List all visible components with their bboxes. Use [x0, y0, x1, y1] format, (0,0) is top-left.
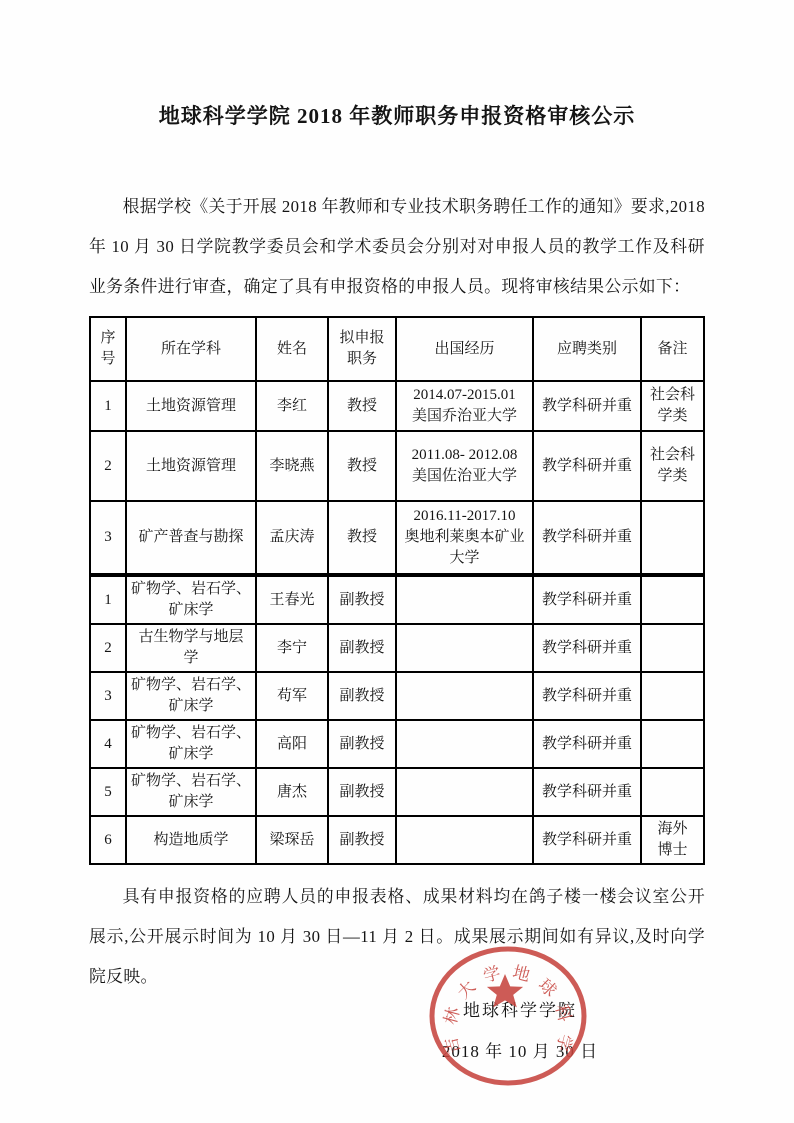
- cell-name: 唐杰: [256, 768, 328, 816]
- cell-no: 1: [90, 381, 126, 431]
- cell-name: 高阳: [256, 720, 328, 768]
- cell-abroad: 2011.08- 2012.08 美国佐治亚大学: [396, 431, 533, 501]
- cell-note: [641, 672, 704, 720]
- cell-category: 教学科研并重: [533, 575, 641, 624]
- cell-abroad: 2014.07-2015.01 美国乔治亚大学: [396, 381, 533, 431]
- cell-position: 教授: [328, 431, 396, 501]
- cell-note: 社会科 学类: [641, 431, 704, 501]
- table-row: 3 矿物学、岩石学、 矿床学 苟军 副教授 教学科研并重: [90, 672, 704, 720]
- table-header-row: 序 号 所在学科 姓名 拟申报 职务 出国经历 应聘类别 备注: [90, 317, 704, 381]
- cell-abroad: [396, 816, 533, 864]
- header-name: 姓名: [256, 317, 328, 381]
- cell-note: [641, 575, 704, 624]
- cell-position: 副教授: [328, 624, 396, 672]
- cell-abroad: [396, 768, 533, 816]
- cell-category: 教学科研并重: [533, 501, 641, 575]
- header-position: 拟申报 职务: [328, 317, 396, 381]
- cell-abroad: [396, 672, 533, 720]
- cell-abroad: [396, 720, 533, 768]
- cell-category: 教学科研并重: [533, 768, 641, 816]
- table-row: 1 土地资源管理 李红 教授 2014.07-2015.01 美国乔治亚大学 教…: [90, 381, 704, 431]
- cell-discipline: 古生物学与地层 学: [126, 624, 256, 672]
- cell-note: [641, 624, 704, 672]
- cell-abroad: [396, 575, 533, 624]
- cell-no: 6: [90, 816, 126, 864]
- cell-no: 5: [90, 768, 126, 816]
- table-row: 2 土地资源管理 李晓燕 教授 2011.08- 2012.08 美国佐治亚大学…: [90, 431, 704, 501]
- cell-note: [641, 720, 704, 768]
- cell-note: [641, 768, 704, 816]
- cell-position: 副教授: [328, 720, 396, 768]
- cell-category: 教学科研并重: [533, 672, 641, 720]
- cell-position: 教授: [328, 501, 396, 575]
- cell-name: 苟军: [256, 672, 328, 720]
- cell-no: 2: [90, 431, 126, 501]
- signature-date: 2018 年 10 月 30 日: [400, 1041, 640, 1063]
- table-row: 5 矿物学、岩石学、 矿床学 唐杰 副教授 教学科研并重: [90, 768, 704, 816]
- cell-discipline: 矿物学、岩石学、 矿床学: [126, 720, 256, 768]
- cell-no: 3: [90, 672, 126, 720]
- cell-abroad: [396, 624, 533, 672]
- header-category: 应聘类别: [533, 317, 641, 381]
- cell-note: [641, 501, 704, 575]
- page-title: 地球科学学院 2018 年教师职务申报资格审核公示: [0, 0, 794, 131]
- cell-discipline: 土地资源管理: [126, 381, 256, 431]
- cell-position: 副教授: [328, 672, 396, 720]
- cell-discipline: 矿物学、岩石学、 矿床学: [126, 768, 256, 816]
- table-row: 1 矿物学、岩石学、 矿床学 王春光 副教授 教学科研并重: [90, 575, 704, 624]
- signature-block: 地球科学学院 2018 年 10 月 30 日: [400, 1000, 640, 1063]
- header-abroad: 出国经历: [396, 317, 533, 381]
- cell-no: 1: [90, 575, 126, 624]
- cell-position: 副教授: [328, 768, 396, 816]
- intro-paragraph: 根据学校《关于开展 2018 年教师和专业技术职务聘任工作的通知》要求,2018…: [89, 187, 705, 307]
- header-no: 序 号: [90, 317, 126, 381]
- closing-paragraph: 具有申报资格的应聘人员的申报表格、成果材料均在鸽子楼一楼会议室公开展示,公开展示…: [89, 877, 705, 997]
- cell-category: 教学科研并重: [533, 816, 641, 864]
- cell-position: 副教授: [328, 575, 396, 624]
- cell-no: 3: [90, 501, 126, 575]
- cell-name: 李晓燕: [256, 431, 328, 501]
- cell-discipline: 矿物学、岩石学、 矿床学: [126, 575, 256, 624]
- table-row: 6 构造地质学 梁琛岳 副教授 教学科研并重 海外 博士: [90, 816, 704, 864]
- cell-name: 李宁: [256, 624, 328, 672]
- header-discipline: 所在学科: [126, 317, 256, 381]
- cell-category: 教学科研并重: [533, 720, 641, 768]
- table-row: 3 矿产普查与勘探 孟庆涛 教授 2016.11-2017.10 奥地利莱奥本矿…: [90, 501, 704, 575]
- cell-discipline: 土地资源管理: [126, 431, 256, 501]
- cell-no: 2: [90, 624, 126, 672]
- cell-category: 教学科研并重: [533, 431, 641, 501]
- cell-position: 教授: [328, 381, 396, 431]
- qualification-table: 序 号 所在学科 姓名 拟申报 职务 出国经历 应聘类别 备注 1 土地资源管理…: [89, 316, 705, 865]
- cell-discipline: 构造地质学: [126, 816, 256, 864]
- header-note: 备注: [641, 317, 704, 381]
- cell-category: 教学科研并重: [533, 381, 641, 431]
- cell-abroad: 2016.11-2017.10 奥地利莱奥本矿业 大学: [396, 501, 533, 575]
- cell-no: 4: [90, 720, 126, 768]
- cell-discipline: 矿产普查与勘探: [126, 501, 256, 575]
- cell-note: 海外 博士: [641, 816, 704, 864]
- table-row: 2 古生物学与地层 学 李宁 副教授 教学科研并重: [90, 624, 704, 672]
- cell-discipline: 矿物学、岩石学、 矿床学: [126, 672, 256, 720]
- cell-name: 李红: [256, 381, 328, 431]
- cell-name: 梁琛岳: [256, 816, 328, 864]
- cell-category: 教学科研并重: [533, 624, 641, 672]
- signature-name: 地球科学学院: [400, 1000, 640, 1022]
- cell-name: 王春光: [256, 575, 328, 624]
- table-row: 4 矿物学、岩石学、 矿床学 高阳 副教授 教学科研并重: [90, 720, 704, 768]
- cell-note: 社会科 学类: [641, 381, 704, 431]
- cell-position: 副教授: [328, 816, 396, 864]
- cell-name: 孟庆涛: [256, 501, 328, 575]
- document-page: 地球科学学院 2018 年教师职务申报资格审核公示 根据学校《关于开展 2018…: [0, 0, 794, 1123]
